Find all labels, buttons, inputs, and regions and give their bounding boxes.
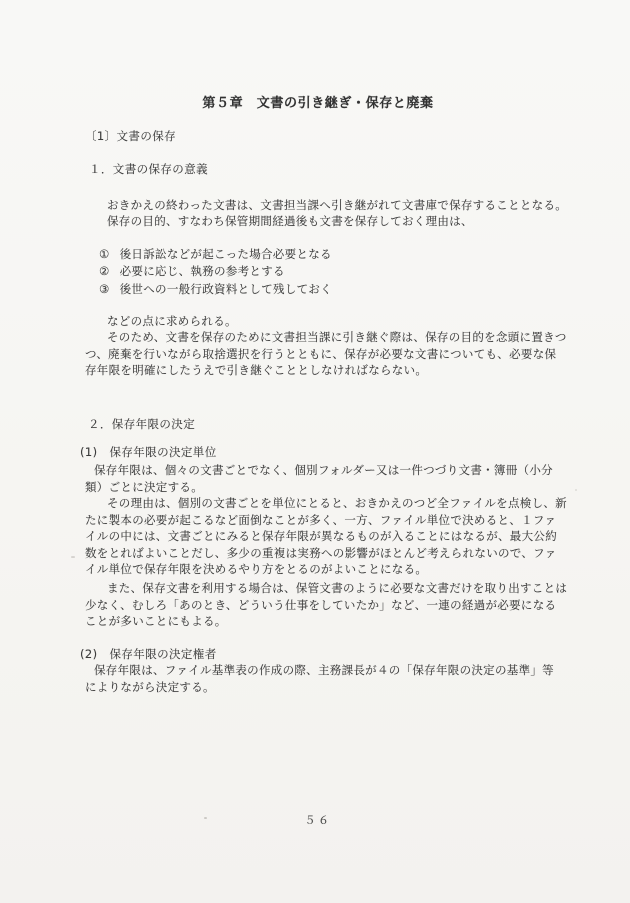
reasons-list: ①後日訴訟などが起こった場合必要となる ②必要に応じ、執務の参考とする ③後世へ…: [99, 246, 332, 298]
subheading-title: 保存年限の決定権者: [110, 647, 217, 661]
paragraph: また、保存文書を利用する場合は、保管文書のように必要な文書だけを取り出すことは …: [85, 580, 567, 630]
subheading-2-2: (2)保存年限の決定権者: [80, 646, 217, 662]
paragraph-line: 存年限を明確にしたうえで引き継ぐこととしなければならない。: [85, 362, 567, 378]
list-item-text: 後世への一般行政資料として残しておく: [120, 282, 332, 296]
intro-paragraph: おきかえの終わった文書は、文書担当課へ引き継がれて文書庫で保存することとなる。 …: [85, 198, 567, 229]
heading-2: ２．保存年限の決定: [88, 416, 195, 432]
closing-paragraph: などの点に求められる。 そのため、文書を保存のために文書担当課に引き継ぐ際は、保…: [85, 313, 567, 378]
intro-line: おきかえの終わった文書は、文書担当課へ引き継がれて文書庫で保存することとなる。: [85, 198, 567, 214]
list-item: ①後日訴訟などが起こった場合必要となる: [99, 246, 332, 263]
list-item-text: 必要に応じ、執務の参考とする: [120, 264, 285, 278]
subheading-number: (2): [80, 647, 98, 661]
paragraph-line: 保存年限は、個々の文書ごとでなく、個別フォルダー又は一件つづり文書・簿冊（小分: [85, 462, 553, 479]
paragraph-line: 類）ごとに決定する。: [85, 479, 553, 496]
intro-line: 保存の目的、すなわち保管期間経過後も文書を保存しておく理由は、: [85, 214, 567, 230]
paragraph-line: イル単位で保存年限を決めるやり方をとるのがよいことになる。: [85, 561, 567, 578]
heading-1: １．文書の保存の意義: [89, 161, 208, 177]
paragraph-line: ことが多いことにもよる。: [85, 613, 567, 630]
paragraph: その理由は、個別の文書ごとを単位にとると、おきかえのつど全ファイルを点検し、新 …: [85, 495, 567, 578]
paragraph-line: また、保存文書を利用する場合は、保管文書のように必要な文書だけを取り出すことは: [85, 580, 567, 597]
scan-speck: [71, 556, 75, 558]
scan-speck: [575, 489, 577, 491]
paragraph: 保存年限は、個々の文書ごとでなく、個別フォルダー又は一件つづり文書・簿冊（小分 …: [85, 462, 553, 495]
section-label: 〔1〕文書の保存: [85, 128, 176, 144]
list-item: ③後世への一般行政資料として残しておく: [99, 281, 332, 298]
scan-speck: [204, 817, 207, 819]
paragraph-line: そのため、文書を保存のために文書担当課に引き継ぐ際は、保存の目的を念頭に置きつ: [85, 329, 567, 345]
paragraph-line: その理由は、個別の文書ごとを単位にとると、おきかえのつど全ファイルを点検し、新: [85, 495, 567, 512]
list-item: ②必要に応じ、執務の参考とする: [99, 263, 332, 280]
paragraph-line: 少なく、むしろ「あのとき、どういう仕事をしていたか」など、一連の経過が必要になる: [85, 597, 567, 614]
subheading-number: (1): [80, 445, 98, 459]
page-number: ５６: [85, 812, 551, 828]
paragraph-line: たに製本の必要が起こるなど面倒なことが多く、一方、ファイル単位で決めると、１ファ: [85, 512, 567, 529]
paragraph-line: つ、廃棄を行いながら取捨選択を行うとともに、保存が必要な文書についても、必要な保: [85, 346, 567, 362]
list-item-text: 後日訴訟などが起こった場合必要となる: [120, 247, 332, 261]
circled-number-3-icon: ③: [99, 281, 110, 298]
paragraph-line: などの点に求められる。: [85, 313, 567, 329]
document-page: 第５章 文書の引き継ぎ・保存と廃棄 〔1〕文書の保存 １．文書の保存の意義 おき…: [0, 0, 630, 903]
paragraph-line: 保存年限は、ファイル基準表の作成の際、主務課長が４の「保存年限の決定の基準」等: [85, 662, 554, 679]
circled-number-2-icon: ②: [99, 263, 110, 280]
subheading-2-1: (1)保存年限の決定単位: [80, 444, 217, 460]
paragraph: 保存年限は、ファイル基準表の作成の際、主務課長が４の「保存年限の決定の基準」等 …: [85, 662, 554, 695]
paragraph-line: 数をとればよいことだし、多少の重複は実務への影響がほとんど考えられないので、ファ: [85, 545, 567, 562]
paragraph-line: によりながら決定する。: [85, 679, 554, 696]
subheading-title: 保存年限の決定単位: [110, 445, 217, 459]
chapter-title: 第５章 文書の引き継ぎ・保存と廃棄: [85, 92, 551, 111]
circled-number-1-icon: ①: [99, 246, 110, 263]
paragraph-line: イルの中には、文書ごとにみると保存年限が異なるものが入ることにはなるが、最大公約: [85, 528, 567, 545]
